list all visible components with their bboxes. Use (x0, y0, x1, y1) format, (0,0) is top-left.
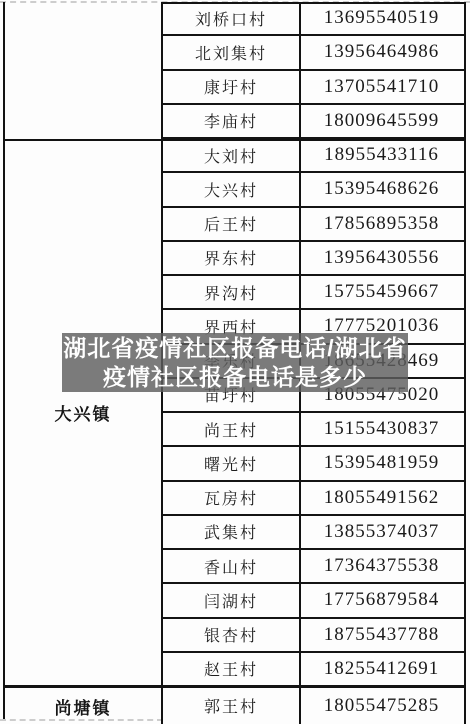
watermark-overlay: 湖北省疫情社区报备电话/湖北省 疫情社区报备电话是多少 (62, 333, 408, 392)
table-border-right (464, 2, 466, 724)
village-cell: 银杏村 (163, 619, 299, 651)
village-cell: 李庙村 (163, 105, 299, 137)
phone-cell: 13855374037 (299, 516, 464, 548)
phone-cell: 13956464986 (299, 36, 464, 68)
town-cell-daxing: 大兴镇 (5, 139, 161, 685)
table-row: 香山村17364375538 (163, 550, 464, 584)
village-cell: 香山村 (163, 550, 299, 582)
table-row: 瓦房村18055491562 (163, 482, 464, 516)
village-cell: 瓦房村 (163, 482, 299, 514)
village-cell: 郭王村 (163, 687, 299, 724)
phone-cell: 18009645599 (299, 105, 464, 137)
phone-cell: 17364375538 (299, 550, 464, 582)
village-cell: 康圩村 (163, 71, 299, 103)
table-row: 康圩村13705541710 (163, 71, 464, 105)
table-row: 界东村13956430556 (163, 242, 464, 276)
table-row: 北刘集村13956464986 (163, 36, 464, 70)
phone-cell: 15395481959 (299, 447, 464, 479)
phone-cell: 17856895358 (299, 208, 464, 240)
watermark-line-2: 疫情社区报备电话是多少 (103, 363, 367, 392)
village-cell: 北刘集村 (163, 36, 299, 68)
table-row: 郭王村18055475285 (163, 687, 464, 724)
phone-cell: 15155430837 (299, 413, 464, 445)
village-cell: 大刘村 (163, 139, 299, 171)
town-cell-shangtang: 尚塘镇 (5, 688, 161, 724)
table-row: 大刘村18955433116 (163, 139, 464, 173)
village-cell: 武集村 (163, 516, 299, 548)
table-row: 李庙村18009645599 (163, 105, 464, 139)
village-cell: 曙光村 (163, 447, 299, 479)
phone-cell: 15395468626 (299, 173, 464, 205)
village-cell: 刘桥口村 (163, 2, 299, 34)
table-row: 后王村17856895358 (163, 208, 464, 242)
table-row: 闫湖村17756879584 (163, 584, 464, 618)
phone-cell: 18755437788 (299, 619, 464, 651)
phone-cell: 15755459667 (299, 276, 464, 308)
table-row: 界沟村15755459667 (163, 276, 464, 310)
phone-cell: 13705541710 (299, 71, 464, 103)
table-row: 武集村13855374037 (163, 516, 464, 550)
town-cell-cutoff (5, 2, 161, 139)
table-row: 银杏村18755437788 (163, 619, 464, 653)
table-page: 大兴镇 尚塘镇 刘桥口村13695540519北刘集村13956464986康圩… (0, 0, 470, 724)
phone-cell: 18955433116 (299, 139, 464, 171)
village-cell: 赵王村 (163, 653, 299, 685)
table-row: 尚王村15155430837 (163, 413, 464, 447)
village-cell: 后王村 (163, 208, 299, 240)
village-cell: 界沟村 (163, 276, 299, 308)
village-cell: 闫湖村 (163, 584, 299, 616)
phone-cell: 13695540519 (299, 2, 464, 34)
phone-cell: 17756879584 (299, 584, 464, 616)
table-row: 曙光村15395481959 (163, 447, 464, 481)
phone-cell: 18255412691 (299, 653, 464, 685)
watermark-line-1: 湖北省疫情社区报备电话/湖北省 (63, 334, 406, 363)
phone-cell: 13956430556 (299, 242, 464, 274)
table-row: 大兴村15395468626 (163, 173, 464, 207)
phone-cell: 18055491562 (299, 482, 464, 514)
village-cell: 尚王村 (163, 413, 299, 445)
village-cell: 大兴村 (163, 173, 299, 205)
phone-cell: 18055475285 (299, 687, 464, 724)
village-cell: 界东村 (163, 242, 299, 274)
table-row: 刘桥口村13695540519 (163, 2, 464, 36)
table-row: 赵王村18255412691 (163, 653, 464, 687)
